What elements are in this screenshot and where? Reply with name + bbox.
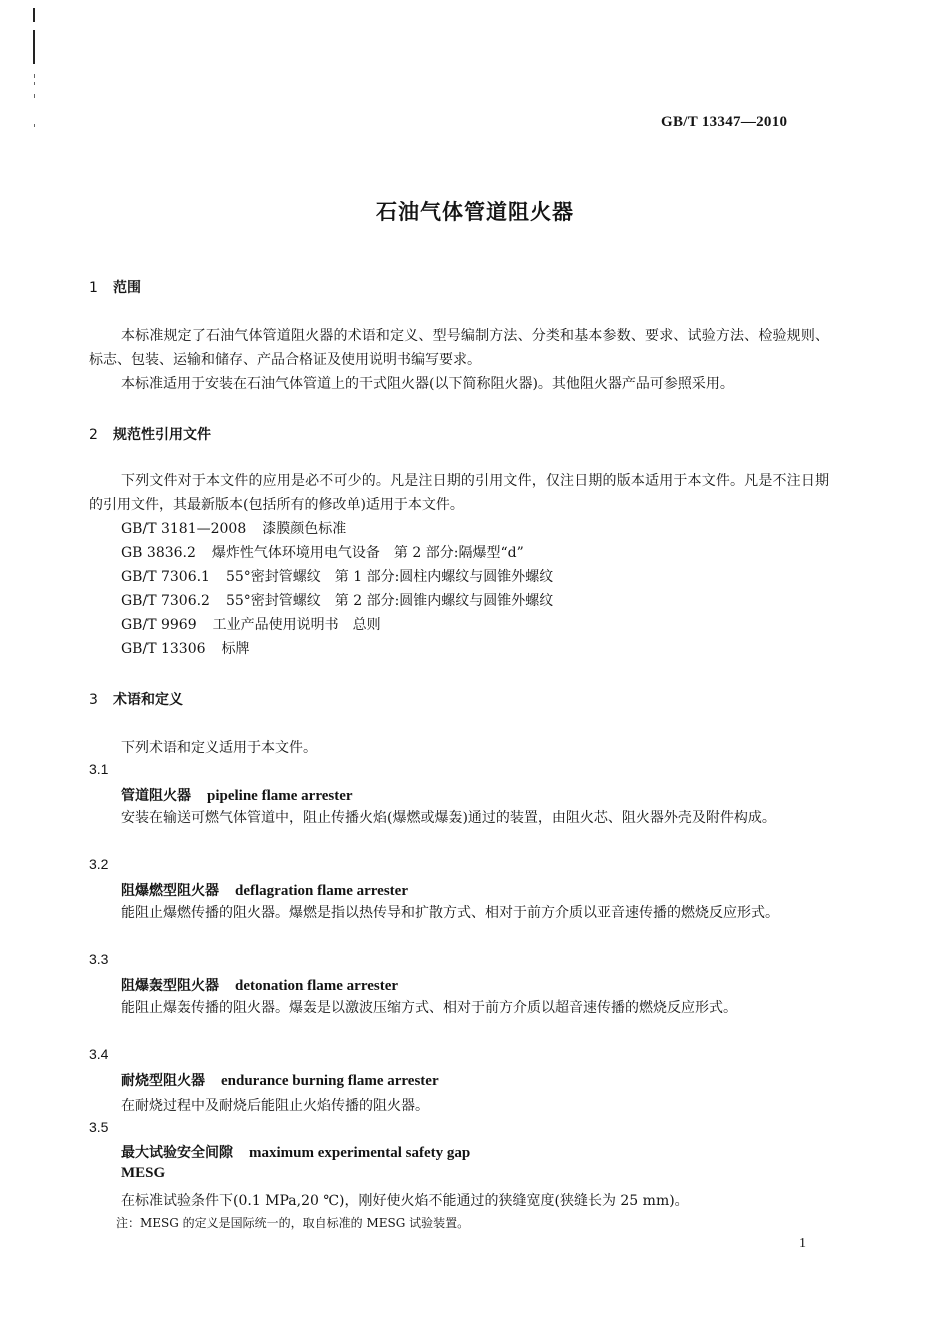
binding-mark	[33, 8, 35, 22]
term-definition: 能阻止爆燃传播的阻火器。爆燃是指以热传导和扩散方式、相对于前方介质以亚音速传播的…	[89, 901, 829, 925]
paragraph: 本标准规定了石油气体管道阻火器的术语和定义、型号编制方法、分类和基本参数、要求、…	[89, 324, 829, 372]
reference-item: GB/T 13306标牌	[121, 638, 250, 658]
paragraph: 下列文件对于本文件的应用是必不可少的。凡是注日期的引用文件，仅注日期的版本适用于…	[89, 469, 829, 517]
reference-item: GB/T 7306.155°密封管螺纹 第 1 部分:圆柱内螺纹与圆锥外螺纹	[121, 566, 553, 586]
term-heading: 最大试验安全间隙maximum experimental safety gap	[121, 1142, 470, 1162]
reference-title: 55°密封管螺纹 第 2 部分:圆锥内螺纹与圆锥外螺纹	[226, 593, 553, 609]
clause-number: 3.1	[89, 761, 108, 777]
term-zh: 阻爆轰型阻火器	[121, 978, 219, 994]
reference-item: GB 3836.2爆炸性气体环境用电气设备 第 2 部分:隔爆型“d”	[121, 542, 524, 562]
reference-code: GB/T 9969	[121, 617, 197, 633]
reference-title: 标牌	[222, 641, 250, 657]
term-zh: 阻爆燃型阻火器	[121, 883, 219, 899]
clause-number: 3.2	[89, 856, 108, 872]
term-heading: 阻爆轰型阻火器detonation flame arrester	[121, 975, 398, 995]
section-heading-terms-definitions: 3术语和定义	[89, 689, 183, 709]
term-zh: 耐烧型阻火器	[121, 1073, 205, 1089]
term-heading: 管道阻火器pipeline flame arrester	[121, 785, 353, 805]
section-intro: 下列术语和定义适用于本文件。	[121, 737, 317, 757]
reference-title: 漆膜颜色标准	[262, 521, 346, 537]
binding-mark	[33, 30, 35, 64]
term-definition: 能阻止爆轰传播的阻火器。爆轰是以激波压缩方式、相对于前方介质以超音速传播的燃烧反…	[89, 996, 829, 1020]
term-note: 注：MESG 的定义是国际统一的，取自标准的 MESG 试验装置。	[116, 1214, 469, 1231]
term-zh: 管道阻火器	[121, 788, 191, 804]
section-title: 术语和定义	[113, 692, 183, 708]
section-title: 范围	[113, 280, 141, 296]
term-en: deflagration flame arrester	[235, 883, 408, 899]
document-title: 石油气体管道阻火器	[0, 196, 950, 226]
page-number: 1	[799, 1236, 806, 1252]
binding-mark	[34, 82, 35, 85]
clause-number: 3.5	[89, 1119, 108, 1135]
paragraph: 本标准适用于安装在石油气体管道上的干式阻火器(以下简称阻火器)。其他阻火器产品可…	[89, 372, 829, 396]
term-definition: 在耐烧过程中及耐烧后能阻止火焰传播的阻火器。	[121, 1095, 429, 1115]
section-heading-normative-references: 2规范性引用文件	[89, 424, 211, 444]
term-definition: 在标准试验条件下(0.1 MPa,20 ℃)，刚好使火焰不能通过的狭缝宽度(狭缝…	[121, 1190, 689, 1210]
reference-item: GB/T 9969工业产品使用说明书 总则	[121, 614, 381, 634]
clause-number: 3.3	[89, 951, 108, 967]
term-zh: 最大试验安全间隙	[121, 1145, 233, 1161]
section-title: 规范性引用文件	[113, 427, 211, 443]
binding-mark	[34, 124, 35, 127]
term-abbreviation: MESG	[121, 1165, 165, 1182]
reference-item: GB/T 3181—2008漆膜颜色标准	[121, 518, 346, 538]
term-en: maximum experimental safety gap	[249, 1145, 470, 1161]
document-page: GB/T 13347—2010 石油气体管道阻火器 1范围 本标准规定了石油气体…	[0, 0, 950, 1344]
term-definition: 安装在输送可燃气体管道中，阻止传播火焰(爆燃或爆轰)通过的装置，由阻火芯、阻火器…	[89, 806, 829, 830]
reference-code: GB/T 7306.2	[121, 593, 210, 609]
term-en: pipeline flame arrester	[207, 788, 353, 804]
term-heading: 阻爆燃型阻火器deflagration flame arrester	[121, 880, 408, 900]
binding-mark	[34, 74, 35, 78]
binding-mark	[34, 94, 35, 98]
reference-code: GB/T 13306	[121, 641, 206, 657]
reference-code: GB 3836.2	[121, 545, 196, 561]
reference-title: 爆炸性气体环境用电气设备 第 2 部分:隔爆型“d”	[212, 545, 524, 561]
reference-title: 工业产品使用说明书 总则	[213, 617, 381, 633]
reference-title: 55°密封管螺纹 第 1 部分:圆柱内螺纹与圆锥外螺纹	[226, 569, 553, 585]
clause-number: 3.4	[89, 1046, 108, 1062]
reference-code: GB/T 3181—2008	[121, 521, 246, 537]
section-number: 1	[89, 280, 113, 296]
reference-code: GB/T 7306.1	[121, 569, 210, 585]
term-en: endurance burning flame arrester	[221, 1073, 439, 1089]
reference-item: GB/T 7306.255°密封管螺纹 第 2 部分:圆锥内螺纹与圆锥外螺纹	[121, 590, 553, 610]
section-number: 3	[89, 692, 113, 708]
term-en: detonation flame arrester	[235, 978, 398, 994]
standard-number: GB/T 13347—2010	[661, 114, 787, 131]
section-heading-scope: 1范围	[89, 277, 141, 297]
section-number: 2	[89, 427, 113, 443]
term-heading: 耐烧型阻火器endurance burning flame arrester	[121, 1070, 439, 1090]
